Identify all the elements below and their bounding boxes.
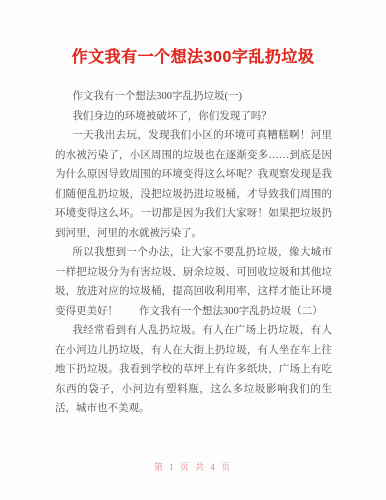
paragraph-examples: 我经常看到有人乱扔垃圾。有人在广场上扔垃圾，有人在小河边儿扔垃圾，有人在大街上扔…: [55, 321, 332, 419]
paragraph-subtitle-part1: 作文我有一个想法300字乱扔垃圾(一): [55, 87, 332, 107]
paragraph-intro: 我们身边的环境被破坏了，你们发现了吗？: [55, 107, 332, 127]
document-page: 作文我有一个想法300字乱扔垃圾 作文我有一个想法300字乱扔垃圾(一) 我们身…: [0, 0, 386, 500]
page-number: 第 1 页 共 4 页: [0, 460, 386, 473]
paragraph-observation: 一天我出去玩，发现我们小区的环境可真糟糕啊！河里的水被污染了，小区周围的垃圾也在…: [55, 126, 332, 243]
document-title: 作文我有一个想法300字乱扔垃圾: [0, 44, 386, 67]
document-body: 作文我有一个想法300字乱扔垃圾(一) 我们身边的环境被破坏了，你们发现了吗？ …: [55, 87, 332, 419]
paragraph-solution-and-subtitle-part2: 所以我想到一个办法，让大家不要乱扔垃圾，像大城市一样把垃圾分为有害垃圾、厨余垃圾…: [55, 243, 332, 321]
